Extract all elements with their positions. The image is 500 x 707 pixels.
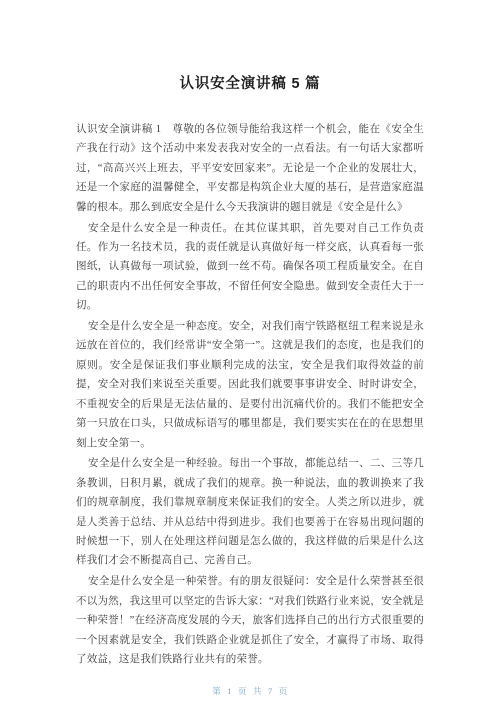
document-body: 认识安全演讲稿 1 尊敬的各位领导能给我这样一个机会，能在《安全生产我在行动》这… <box>76 120 424 669</box>
document-title: 认识安全演讲稿 5 篇 <box>0 0 500 92</box>
footer-pages-word: 页 <box>279 686 288 696</box>
paragraph-responsibility: 安全是什么安全是一种责任。在其位谋其职，首先要对自己工作负责任。作为一名技术员，… <box>76 219 424 316</box>
footer-total-word: 共 <box>253 686 262 696</box>
footer-page-prefix: 第 <box>212 686 221 696</box>
paragraph-honor: 安全是什么安全是一种荣誉。有的朋友很疑问：安全是什么荣誉甚至很不以为然，我这里可… <box>76 572 424 669</box>
paragraph-experience: 安全是什么安全是一种经验。每出一个事故，都能总结一、二、三等几条教训，日积月累，… <box>76 454 424 570</box>
paragraph-attitude: 安全是什么安全是一种态度。安全，对我们南宁铁路枢纽工程来说是永远放在首位的，我们… <box>76 317 424 453</box>
footer-current-page: 1 <box>227 686 232 696</box>
page-footer: 第1页共7页 <box>0 686 500 696</box>
document-page: 认识安全演讲稿 5 篇 认识安全演讲稿 1 尊敬的各位领导能给我这样一个机会，能… <box>0 0 500 707</box>
footer-total-pages: 7 <box>268 686 273 696</box>
footer-page-word: 页 <box>238 686 247 696</box>
paragraph-intro: 认识安全演讲稿 1 尊敬的各位领导能给我这样一个机会，能在《安全生产我在行动》这… <box>76 120 424 217</box>
